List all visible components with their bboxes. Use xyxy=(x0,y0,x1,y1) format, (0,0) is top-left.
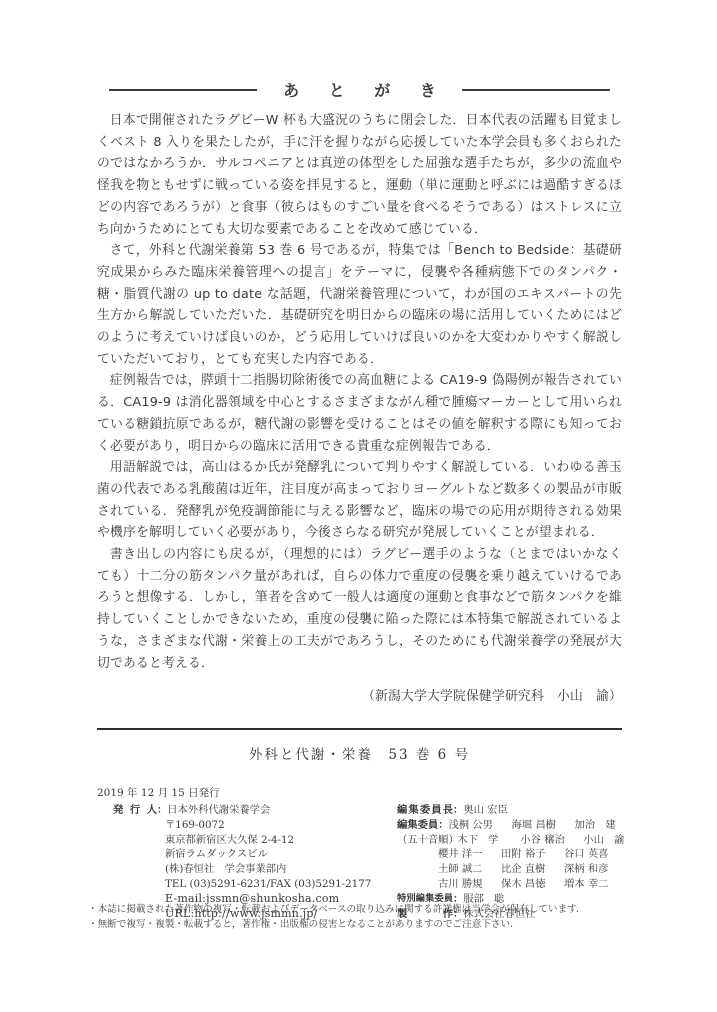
colon: ： xyxy=(438,818,448,833)
editor-name: 増本 幸二 xyxy=(564,877,622,892)
label-spacer xyxy=(397,862,434,877)
editor-name: 浅桐 公男 xyxy=(448,818,506,833)
publish-date: 2019 年 12 月 15 日発行 xyxy=(97,785,622,800)
editor-name: 小谷 穣治 xyxy=(520,833,578,848)
paragraph: 日本で開催されたラグビーW 杯も大盛況のうちに閉会した．日本代表の活躍も目覚まし… xyxy=(97,110,622,240)
publisher-label: 発行人 xyxy=(113,803,157,818)
editor-name: 比企 直樹 xyxy=(501,862,559,877)
editor-name: 谷口 英喜 xyxy=(564,847,622,862)
order-note: （五十音順） xyxy=(397,833,453,848)
title-rule-right xyxy=(462,89,610,91)
editor-name: 加治 建 xyxy=(574,818,632,833)
journal-title: 外科と代謝・栄養 53 巻 6 号 xyxy=(97,743,622,763)
colon: ： xyxy=(453,803,463,818)
publisher-address: 東京都新宿区大久保 2-4-12 xyxy=(113,833,397,848)
afterword-page: あ と が き 日本で開催されたラグビーW 杯も大盛況のうちに閉会した．日本代表… xyxy=(0,0,717,1012)
paragraph: 用語解説では，高山はるか氏が発酵乳について判りやすく解説している．いわゆる善玉菌… xyxy=(97,457,622,544)
editor-name: 木下 学 xyxy=(457,833,515,848)
label-spacer xyxy=(397,877,434,892)
committee-label: 編集委員 xyxy=(397,818,438,833)
afterword-body: 日本で開催されたラグビーW 杯も大盛況のうちに閉会した．日本代表の活躍も目覚まし… xyxy=(97,110,622,708)
paragraph: さて，外科と代謝栄養第 53 巻 6 号であるが，特集では「Bench to B… xyxy=(97,240,622,370)
colophon: 外科と代謝・栄養 53 巻 6 号 2019 年 12 月 15 日発行 発行人… xyxy=(97,728,622,921)
copyright-notes: ・本誌に掲載された著作物の複写・転載およびデータベースの取り込みに関する許諾権は… xyxy=(88,903,648,932)
editor-name: 土師 誠二 xyxy=(438,862,496,877)
committee-row: 土師 誠二比企 直樹深柄 和彦 xyxy=(438,862,622,877)
committee-row: 櫻井 洋一田附 裕子谷口 英喜 xyxy=(438,847,622,862)
title-rule-left xyxy=(109,89,257,91)
committee-row: 木下 学小谷 穣治小山 諭 xyxy=(457,833,641,848)
editor-name: 海堀 昌樹 xyxy=(511,818,569,833)
colon: ： xyxy=(157,804,167,816)
editor-name: 小山 諭 xyxy=(583,833,641,848)
paragraph: 書き出しの内容にも戻るが，（理想的には）ラグビー選手のような（とまではいかなくて… xyxy=(97,544,622,674)
masthead: あ と が き xyxy=(97,78,622,101)
committee-row: 浅桐 公男海堀 昌樹加治 建 xyxy=(448,818,632,833)
label-spacer xyxy=(397,847,434,862)
publisher-name: 日本外科代謝栄養学会 xyxy=(167,804,270,816)
chief-editor-name: 奥山 宏臣 xyxy=(463,803,507,818)
copyright-note-line: ・無断で複写・複製・転載すると，著作権・出版権の侵害となることがありますのでご注… xyxy=(88,918,648,933)
editor-name: 深柄 和彦 xyxy=(564,862,622,877)
editor-name: 保木 昌徳 xyxy=(501,877,559,892)
publisher-building: 新宿ラムダックスビル xyxy=(113,847,397,862)
publisher-postal: 〒169-0072 xyxy=(113,818,397,833)
publisher-tel-fax: TEL (03)5291-6231/FAX (03)5291-2177 xyxy=(113,877,397,892)
editor-name: 古川 勝規 xyxy=(438,877,496,892)
editor-name: 田附 裕子 xyxy=(501,847,559,862)
copyright-note-line: ・本誌に掲載された著作物の複写・転載およびデータベースの取り込みに関する許諾権は… xyxy=(88,903,648,918)
paragraph: 症例報告では，膵頭十二指腸切除術後での高血糖による CA19-9 偽陽例が報告さ… xyxy=(97,370,622,457)
chief-editor-label: 編集委員長 xyxy=(397,803,453,818)
page-title: あ と が き xyxy=(283,78,448,101)
committee-row: 古川 勝規保木 昌徳増本 幸二 xyxy=(438,877,622,892)
author-attribution: （新潟大学大学院保健学研究科 小山 諭） xyxy=(97,686,622,708)
editor-name: 櫻井 洋一 xyxy=(438,847,496,862)
publisher-office: (株)春恒社 学会事業部内 xyxy=(113,862,397,877)
